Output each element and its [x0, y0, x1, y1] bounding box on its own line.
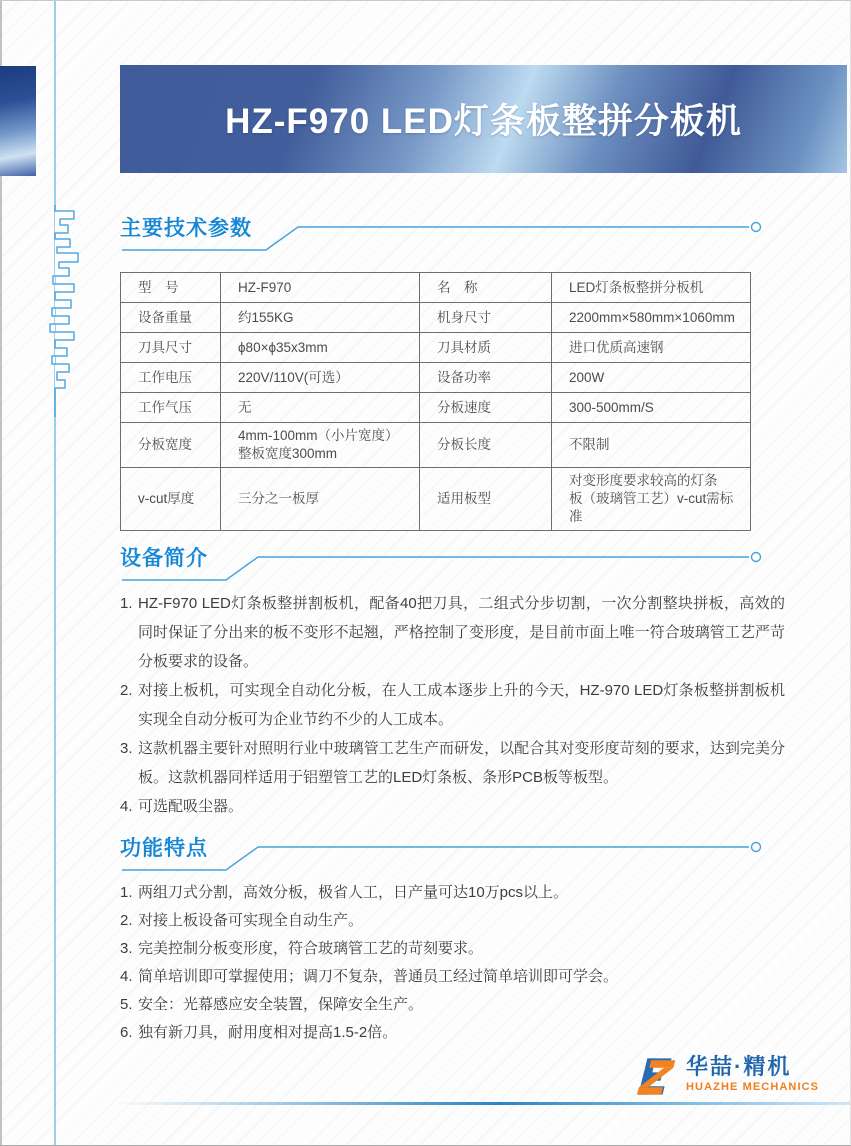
list-item-number: 4.: [120, 792, 133, 821]
spec-value-cell: ϕ80×ϕ35x3mm: [221, 333, 420, 363]
section-features: 功能特点 1. 两组刀式分割，高效分板，极省人工，日产量可达10万pcs以上。 …: [120, 827, 785, 1047]
spec-value-cell: 对变形度要求较高的灯条 板（玻璃管工艺）v-cut需标准: [552, 468, 751, 531]
spec-label-cell: 设备功率: [420, 363, 552, 393]
spec-value-cell: 200W: [552, 363, 751, 393]
logo-text: 华喆·精机 HUAZHE MECHANICS: [686, 1054, 819, 1093]
spec-label-cell: 工作气压: [121, 393, 221, 423]
section-rule: [120, 537, 770, 585]
spec-label-cell: 刀具尺寸: [121, 333, 221, 363]
list-item-text: 对接上板设备可实现全自动生产。: [138, 912, 363, 929]
section-header-specs: 主要技术参数: [120, 207, 785, 253]
spec-label-cell: 分板速度: [420, 393, 552, 423]
spec-value-cell: 约155KG: [221, 303, 420, 333]
list-item-number: 2.: [120, 676, 133, 705]
list-item-text: 独有新刀具，耐用度相对提高1.5-2倍。: [138, 1024, 397, 1041]
spec-label-cell: 刀具材质: [420, 333, 552, 363]
page: HZ-F970 LED灯条板整拼分板机 主要技术参数 型 号 HZ-F970 名…: [0, 0, 851, 1146]
waveform-decoration: [38, 205, 94, 417]
list-item-text: HZ-F970 LED灯条板整拼割板机，配备40把刀具，二组式分步切割，一次分割…: [138, 595, 785, 670]
list-item: 3. 这款机器主要针对照明行业中玻璃管工艺生产而研发，以配合其对变形度苛刻的要求…: [120, 734, 785, 792]
spec-value-cell: 2200mm×580mm×1060mm: [552, 303, 751, 333]
list-item-text: 完美控制分板变形度，符合玻璃管工艺的苛刻要求。: [138, 940, 483, 957]
logo: 华喆·精机 HUAZHE MECHANICS: [627, 1054, 819, 1100]
list-item: 2. 对接上板机，可实现全自动化分板，在人工成本逐步上升的今天，HZ-970 L…: [120, 676, 785, 734]
section-rule: [120, 207, 770, 255]
list-item: 4. 可选配吸尘器。: [120, 792, 785, 821]
footer-gradient-line: [115, 1102, 851, 1105]
intro-list: 1. HZ-F970 LED灯条板整拼割板机，配备40把刀具，二组式分步切割，一…: [120, 589, 785, 821]
section-intro: 设备简介 1. HZ-F970 LED灯条板整拼割板机，配备40把刀具，二组式分…: [120, 537, 785, 821]
spec-value-cell: 进口优质高速钢: [552, 333, 751, 363]
list-item: 4. 简单培训即可掌握使用；调刀不复杂，普通员工经过简单培训即可学会。: [120, 963, 785, 991]
list-item: 1. 两组刀式分割，高效分板，极省人工，日产量可达10万pcs以上。: [120, 879, 785, 907]
section-header-features: 功能特点: [120, 827, 785, 873]
spec-value-cell: HZ-F970: [221, 273, 420, 303]
table-row: 设备重量 约155KG 机身尺寸 2200mm×580mm×1060mm: [121, 303, 751, 333]
logo-text-en: HUAZHE MECHANICS: [686, 1081, 819, 1093]
list-item-text: 安全：光幕感应安全装置，保障安全生产。: [138, 996, 423, 1013]
list-item-number: 6.: [120, 1019, 133, 1047]
spec-value-cell: 不限制: [552, 423, 751, 468]
table-row: 分板宽度 4mm-100mm（小片宽度） 整板宽度300mm 分板长度 不限制: [121, 423, 751, 468]
left-vertical-line: [54, 1, 56, 1145]
table-row: v-cut厚度 三分之一板厚 适用板型 对变形度要求较高的灯条 板（玻璃管工艺）…: [121, 468, 751, 531]
list-item-text: 对接上板机，可实现全自动化分板，在人工成本逐步上升的今天，HZ-970 LED灯…: [138, 682, 785, 728]
spec-value-cell: LED灯条板整拼分板机: [552, 273, 751, 303]
list-item: 5. 安全：光幕感应安全装置，保障安全生产。: [120, 991, 785, 1019]
list-item-text: 简单培训即可掌握使用；调刀不复杂，普通员工经过简单培训即可学会。: [138, 968, 618, 985]
spec-label-cell: 分板长度: [420, 423, 552, 468]
table-row: 工作气压 无 分板速度 300-500mm/S: [121, 393, 751, 423]
spec-label-cell: 分板宽度: [121, 423, 221, 468]
list-item-text: 两组刀式分割，高效分板，极省人工，日产量可达10万pcs以上。: [138, 884, 568, 901]
list-item-number: 3.: [120, 935, 133, 963]
list-item: 3. 完美控制分板变形度，符合玻璃管工艺的苛刻要求。: [120, 935, 785, 963]
spec-label-cell: 机身尺寸: [420, 303, 552, 333]
list-item-number: 1.: [120, 879, 133, 907]
spec-value-cell: 三分之一板厚: [221, 468, 420, 531]
logo-text-cn: 华喆·精机: [686, 1054, 819, 1080]
spec-label-cell: 名 称: [420, 273, 552, 303]
page-title: HZ-F970 LED灯条板整拼分板机: [225, 94, 742, 144]
spec-label-cell: 设备重量: [121, 303, 221, 333]
list-item-number: 3.: [120, 734, 133, 763]
huazhe-logo-icon: [627, 1054, 679, 1100]
list-item-number: 2.: [120, 907, 133, 935]
specs-table: 型 号 HZ-F970 名 称 LED灯条板整拼分板机 设备重量 约155KG …: [120, 272, 751, 531]
spec-label-cell: 型 号: [121, 273, 221, 303]
spec-value-cell: 220V/110V(可选）: [221, 363, 420, 393]
list-item-text: 可选配吸尘器。: [138, 798, 243, 815]
section-specs: 主要技术参数 型 号 HZ-F970 名 称 LED灯条板整拼分板机 设备重量 …: [120, 207, 785, 531]
list-item-number: 5.: [120, 991, 133, 1019]
features-list: 1. 两组刀式分割，高效分板，极省人工，日产量可达10万pcs以上。 2. 对接…: [120, 879, 785, 1047]
list-item-number: 4.: [120, 963, 133, 991]
list-item-number: 1.: [120, 589, 133, 618]
title-banner: HZ-F970 LED灯条板整拼分板机: [120, 65, 847, 173]
spec-label-cell: v-cut厚度: [121, 468, 221, 531]
spec-label-cell: 工作电压: [121, 363, 221, 393]
section-header-intro: 设备简介: [120, 537, 785, 583]
table-row: 工作电压 220V/110V(可选） 设备功率 200W: [121, 363, 751, 393]
spec-value-cell: 4mm-100mm（小片宽度） 整板宽度300mm: [221, 423, 420, 468]
list-item: 2. 对接上板设备可实现全自动生产。: [120, 907, 785, 935]
spec-value-cell: 无: [221, 393, 420, 423]
list-item: 1. HZ-F970 LED灯条板整拼割板机，配备40把刀具，二组式分步切割，一…: [120, 589, 785, 676]
table-row: 刀具尺寸 ϕ80×ϕ35x3mm 刀具材质 进口优质高速钢: [121, 333, 751, 363]
table-row: 型 号 HZ-F970 名 称 LED灯条板整拼分板机: [121, 273, 751, 303]
left-banner-block: [0, 66, 36, 176]
spec-value-cell: 300-500mm/S: [552, 393, 751, 423]
spec-label-cell: 适用板型: [420, 468, 552, 531]
list-item-text: 这款机器主要针对照明行业中玻璃管工艺生产而研发，以配合其对变形度苛刻的要求，达到…: [138, 740, 785, 786]
list-item: 6. 独有新刀具，耐用度相对提高1.5-2倍。: [120, 1019, 785, 1047]
section-rule: [120, 827, 770, 875]
